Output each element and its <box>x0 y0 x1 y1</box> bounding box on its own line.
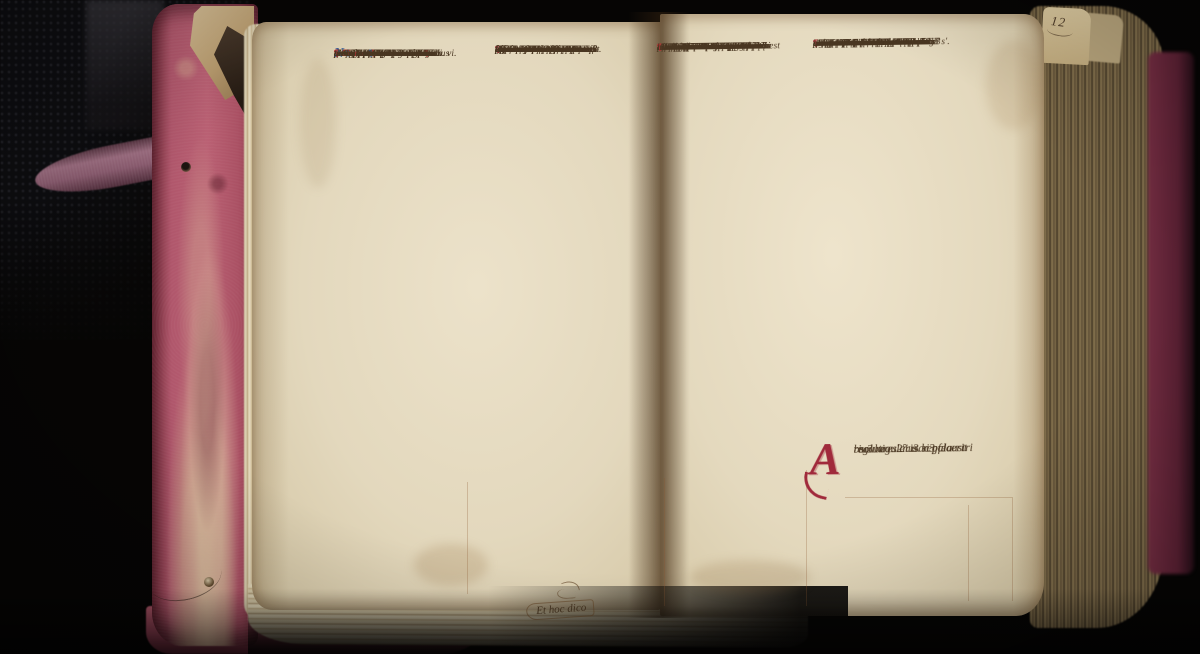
cover-nail-hole <box>181 162 191 172</box>
catchword-area: Et hoc dico <box>518 576 641 636</box>
parchment-stain <box>690 560 810 594</box>
folio-number: 12 <box>1050 13 1067 30</box>
ruling-line <box>968 505 969 601</box>
decorated-initial-A: A <box>809 437 840 481</box>
parchment-stain <box>300 58 336 188</box>
heading-line: regulares eiusde3 claustri <box>854 441 973 458</box>
ruling-line <box>1012 497 1013 601</box>
catchword: Et hoc dico <box>526 599 595 621</box>
manuscript-line: q3bo s3 edre ex. de sen. ex. mg'i s'. <box>813 36 950 50</box>
manuscript-line: fortiudo et sequentibus <box>495 44 584 56</box>
parchment-stain <box>986 40 1042 130</box>
gutter-shadow <box>628 12 690 618</box>
ruling-line <box>806 470 807 606</box>
catchword-flourish <box>557 588 576 599</box>
back-cover-edge <box>1148 52 1194 574</box>
fore-edge-pages <box>1030 6 1164 628</box>
manuscript-line: nisi fuisset t'm eno2me ex <box>657 41 757 55</box>
ruling-line <box>467 482 468 594</box>
parchment-stain <box>414 544 488 586</box>
cover-stud <box>204 577 214 587</box>
manuscript-photo: 12 non sustinent hic essetpius Romanus p… <box>0 0 1200 654</box>
right-page <box>660 14 1044 616</box>
ruling-line <box>664 478 665 606</box>
manuscript-line: turus sit ul' p loca insidio <box>334 48 434 60</box>
section-heading-absolutio: A bsolutio. 2°. s. regula riu3 regulari3… <box>810 439 1001 512</box>
